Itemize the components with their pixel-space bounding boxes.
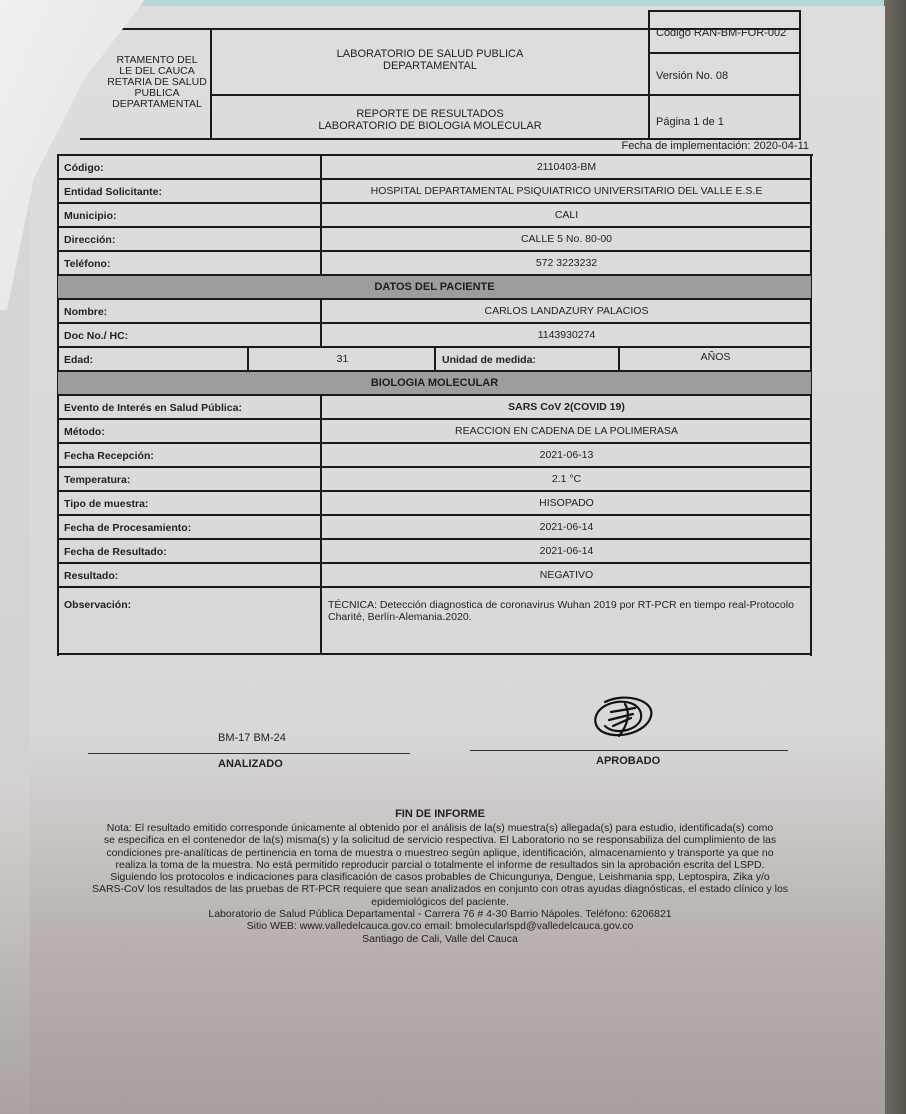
document-code: Código RAN-BM-FOR-002 [656, 27, 786, 39]
table-row: Fecha de Procesamiento: 2021-06-14 [58, 516, 811, 540]
field-label: Edad: [64, 354, 93, 366]
field-value: 572 3223232 [322, 257, 811, 269]
header-middle-divider [210, 94, 800, 96]
patient-name: CARLOS LANDAZURY PALACIOS [322, 305, 811, 317]
field-value: 2021-06-14 [322, 521, 811, 533]
background-edge [884, 0, 906, 1114]
analyzed-label: ANALIZADO [218, 758, 283, 770]
table-row: Teléfono: 572 3223232 [58, 252, 811, 276]
note-line: condiciones pre-analíticas de pertinenci… [50, 847, 830, 859]
field-value: 2021-06-13 [322, 449, 811, 461]
table-row: Doc No./ HC: 1143930274 [58, 324, 811, 348]
column-divider [434, 348, 436, 370]
note-line: Nota: El resultado emitido corresponde ú… [50, 822, 830, 834]
age-unit: AÑOS [620, 351, 811, 363]
note-line: SARS-CoV los resultados de las pruebas d… [50, 883, 830, 895]
field-label: Temperatura: [64, 474, 130, 486]
field-label: Entidad Solicitante: [64, 186, 162, 198]
header-border-right [799, 10, 801, 140]
header-border-topright [648, 10, 800, 12]
column-divider [320, 588, 322, 653]
analyst-codes: BM-17 BM-24 [218, 732, 286, 744]
field-label: Tipo de muestra: [64, 498, 148, 510]
table-row-observation: Observación: TÉCNICA: Detección diagnost… [58, 588, 811, 655]
observation-text: TÉCNICA: Detección diagnostica de corona… [328, 599, 803, 623]
field-label: Teléfono: [64, 258, 110, 270]
field-label: Doc No./ HC: [64, 330, 128, 342]
note-line: Siguiendo los protocolos e indicaciones … [50, 871, 830, 883]
lab-address: Laboratorio de Salud Pública Departament… [50, 908, 830, 920]
table-row: Nombre: CARLOS LANDAZURY PALACIOS [58, 300, 811, 324]
field-label: Fecha de Resultado: [64, 546, 167, 558]
field-label: Observación: [64, 599, 131, 611]
table-row: Temperatura: 2.1 °C [58, 468, 811, 492]
field-label: Unidad de medida: [442, 354, 536, 366]
table-row: Fecha de Resultado: 2021-06-14 [58, 540, 811, 564]
patient-document: 1143930274 [322, 329, 811, 341]
section-title: BIOLOGIA MOLECULAR [58, 377, 811, 389]
document-version: Versión No. 08 [656, 70, 728, 82]
header-cell-divider [648, 52, 800, 54]
field-label: Fecha de Procesamiento: [64, 522, 191, 534]
field-label: Evento de Interés en Salud Pública: [64, 402, 242, 414]
section-header-biology: BIOLOGIA MOLECULAR [58, 372, 811, 396]
table-row: Método: REACCION EN CADENA DE LA POLIMER… [58, 420, 811, 444]
field-value: 2110403-BM [322, 161, 811, 173]
lab-city: Santiago de Cali, Valle del Cauca [50, 933, 830, 945]
field-label: Código: [64, 162, 104, 174]
report-title-line: LABORATORIO DE BIOLOGIA MOLECULAR [212, 120, 648, 132]
event-value: SARS CoV 2(COVID 19) [322, 401, 811, 413]
table-row: Tipo de muestra: HISOPADO [58, 492, 811, 516]
result-value: NEGATIVO [322, 569, 811, 581]
field-value: 2021-06-14 [322, 545, 811, 557]
table-row: Entidad Solicitante: HOSPITAL DEPARTAMEN… [58, 180, 811, 204]
note-line: se especifica en el contenedor de la(s) … [50, 834, 830, 846]
table-row: Evento de Interés en Salud Pública: SARS… [58, 396, 811, 420]
field-value: HOSPITAL DEPARTAMENTAL PSIQUIATRICO UNIV… [322, 185, 811, 197]
section-title: DATOS DEL PACIENTE [58, 281, 811, 293]
field-value: HISOPADO [322, 497, 811, 509]
field-label: Municipio: [64, 210, 117, 222]
note-line: realiza la toma de la muestra. No está p… [50, 859, 830, 871]
approved-signature-line [470, 750, 788, 751]
report-title: REPORTE DE RESULTADOS LABORATORIO DE BIO… [212, 108, 648, 132]
org-line: DEPARTAMENTAL [92, 99, 222, 110]
table-row: Dirección: CALLE 5 No. 80-00 [58, 228, 811, 252]
table-row: Municipio: CALI [58, 204, 811, 228]
end-of-report-title: FIN DE INFORME [50, 808, 830, 820]
field-label: Resultado: [64, 570, 118, 582]
table-row: Fecha Recepción: 2021-06-13 [58, 444, 811, 468]
disclaimer-note: Nota: El resultado emitido corresponde ú… [50, 822, 830, 945]
lab-title: LABORATORIO DE SALUD PUBLICA DEPARTAMENT… [212, 48, 648, 72]
header-divider-right [648, 10, 650, 140]
signature-scribble-icon [585, 692, 657, 742]
table-row: Código: 2110403-BM [58, 156, 811, 180]
note-line: epidemiológicos del paciente. [50, 896, 830, 908]
page-number: Página 1 de 1 [656, 116, 724, 128]
approved-label: APROBADO [596, 755, 660, 767]
table-row-age: Edad: 31 Unidad de medida: AÑOS [58, 348, 811, 372]
patient-age: 31 [249, 353, 436, 365]
section-header-patient: DATOS DEL PACIENTE [58, 276, 811, 300]
lab-contact: Sitio WEB: www.valledelcauca.gov.co emai… [50, 920, 830, 932]
field-value: 2.1 °C [322, 473, 811, 485]
field-label: Nombre: [64, 306, 107, 318]
analyzed-signature-line [88, 753, 410, 754]
lab-title-line: LABORATORIO DE SALUD PUBLICA [212, 48, 648, 60]
lab-title-line: DEPARTAMENTAL [212, 60, 648, 72]
field-value: CALLE 5 No. 80-00 [322, 233, 811, 245]
field-label: Método: [64, 426, 105, 438]
implementation-date: Fecha de implementación: 2020-04-11 [621, 140, 809, 152]
report-title-line: REPORTE DE RESULTADOS [212, 108, 648, 120]
department-name: RTAMENTO DEL LE DEL CAUCA RETARIA DE SAL… [92, 55, 222, 110]
field-value: CALI [322, 209, 811, 221]
field-value: REACCION EN CADENA DE LA POLIMERASA [322, 425, 811, 437]
field-label: Dirección: [64, 234, 115, 246]
table-row: Resultado: NEGATIVO [58, 564, 811, 588]
field-label: Fecha Recepción: [64, 450, 154, 462]
